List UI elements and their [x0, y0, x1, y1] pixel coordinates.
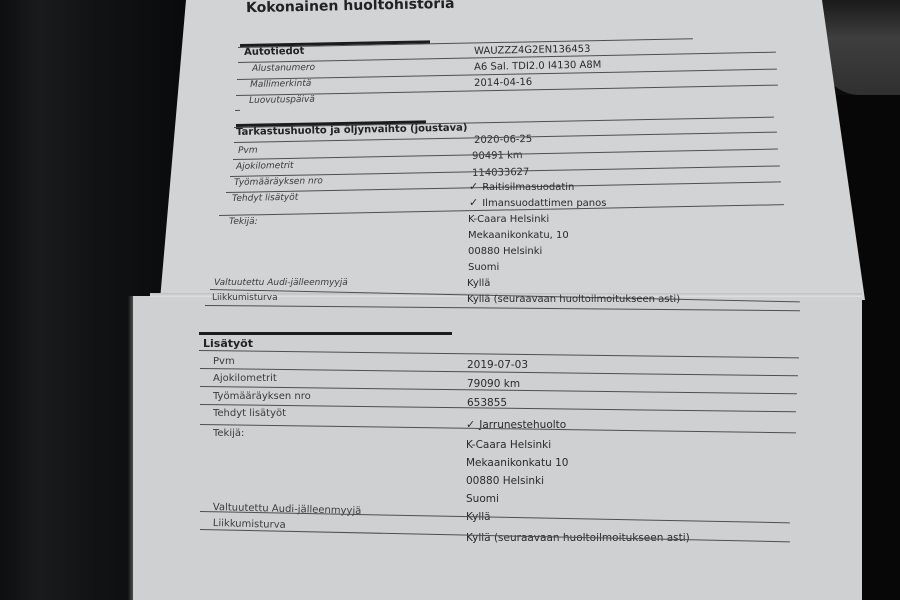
mobility-value: Kyllä (seuraavaan huoltoilmoitukseen ast…: [467, 294, 680, 305]
vehicle-row-label: Mallimerkintä: [250, 79, 311, 90]
performer-line: Suomi: [466, 493, 499, 505]
performer-line: Mekaanikonkatu 10: [466, 457, 568, 469]
performer-line: K-Caara Helsinki: [466, 439, 551, 451]
performer-line: Suomi: [468, 262, 499, 273]
performer-line: 00880 Helsinki: [466, 475, 544, 487]
extra-work-label: Tehdyt lisätyöt: [213, 408, 286, 419]
performer-line: Mekaanikonkatu, 10: [468, 230, 569, 241]
extra-work-label: Tehdyt lisätyöt: [232, 193, 298, 204]
vehicle-row-value: 2014-04-16: [474, 77, 532, 89]
performer-label: Tekijä:: [229, 217, 258, 227]
service-row-label: Ajokilometrit: [236, 161, 294, 172]
service-row-value: 114033627: [472, 167, 529, 179]
checkmark-icon: ✓: [469, 180, 478, 193]
performer-line: 00880 Helsinki: [468, 246, 542, 257]
authorized-dealer-label: Valtuutettu Audi-jälleenmyyjä: [214, 278, 348, 288]
additional-row-value: 2019-07-03: [467, 359, 528, 371]
performer-line: K-Caara Helsinki: [468, 214, 549, 225]
row-divider: [235, 110, 240, 111]
additional-work-title: Lisätyöt: [203, 337, 253, 350]
additional-row-label: Ajokilometrit: [213, 373, 277, 384]
service-row-value: 90491 km: [472, 150, 523, 162]
additional-row-label: Pvm: [213, 356, 235, 367]
additional-row-value: 79090 km: [467, 378, 520, 390]
checkmark-icon: ✓: [466, 418, 475, 431]
vehicle-row-label: Luovutuspäivä: [249, 95, 315, 106]
service-row-label: Pvm: [238, 146, 258, 156]
performer-label: Tekijä:: [213, 428, 244, 439]
service-history-page-top: Kokonainen huoltohistoria Autotiedot WAU…: [0, 0, 900, 300]
checkmark-icon: ✓: [469, 196, 478, 209]
mobility-label: Liikkumisturva: [212, 293, 278, 303]
vehicle-row-value: A6 Sal. TDI2.0 I4130 A8M: [474, 60, 601, 73]
authorized-dealer-value: Kyllä: [467, 278, 490, 289]
vehicle-row-label: Alustanumero: [252, 63, 315, 74]
additional-row-label: Työmääräyksen nro: [213, 391, 311, 402]
service-row-label: Työmääräyksen nro: [234, 176, 323, 188]
section-rule: [199, 332, 452, 335]
document-title: Kokonainen huoltohistoria: [246, 0, 455, 16]
extra-work-item: ✓Raitisilmasuodatin: [469, 180, 574, 193]
vehicle-info-title: Autotiedot: [244, 46, 305, 58]
